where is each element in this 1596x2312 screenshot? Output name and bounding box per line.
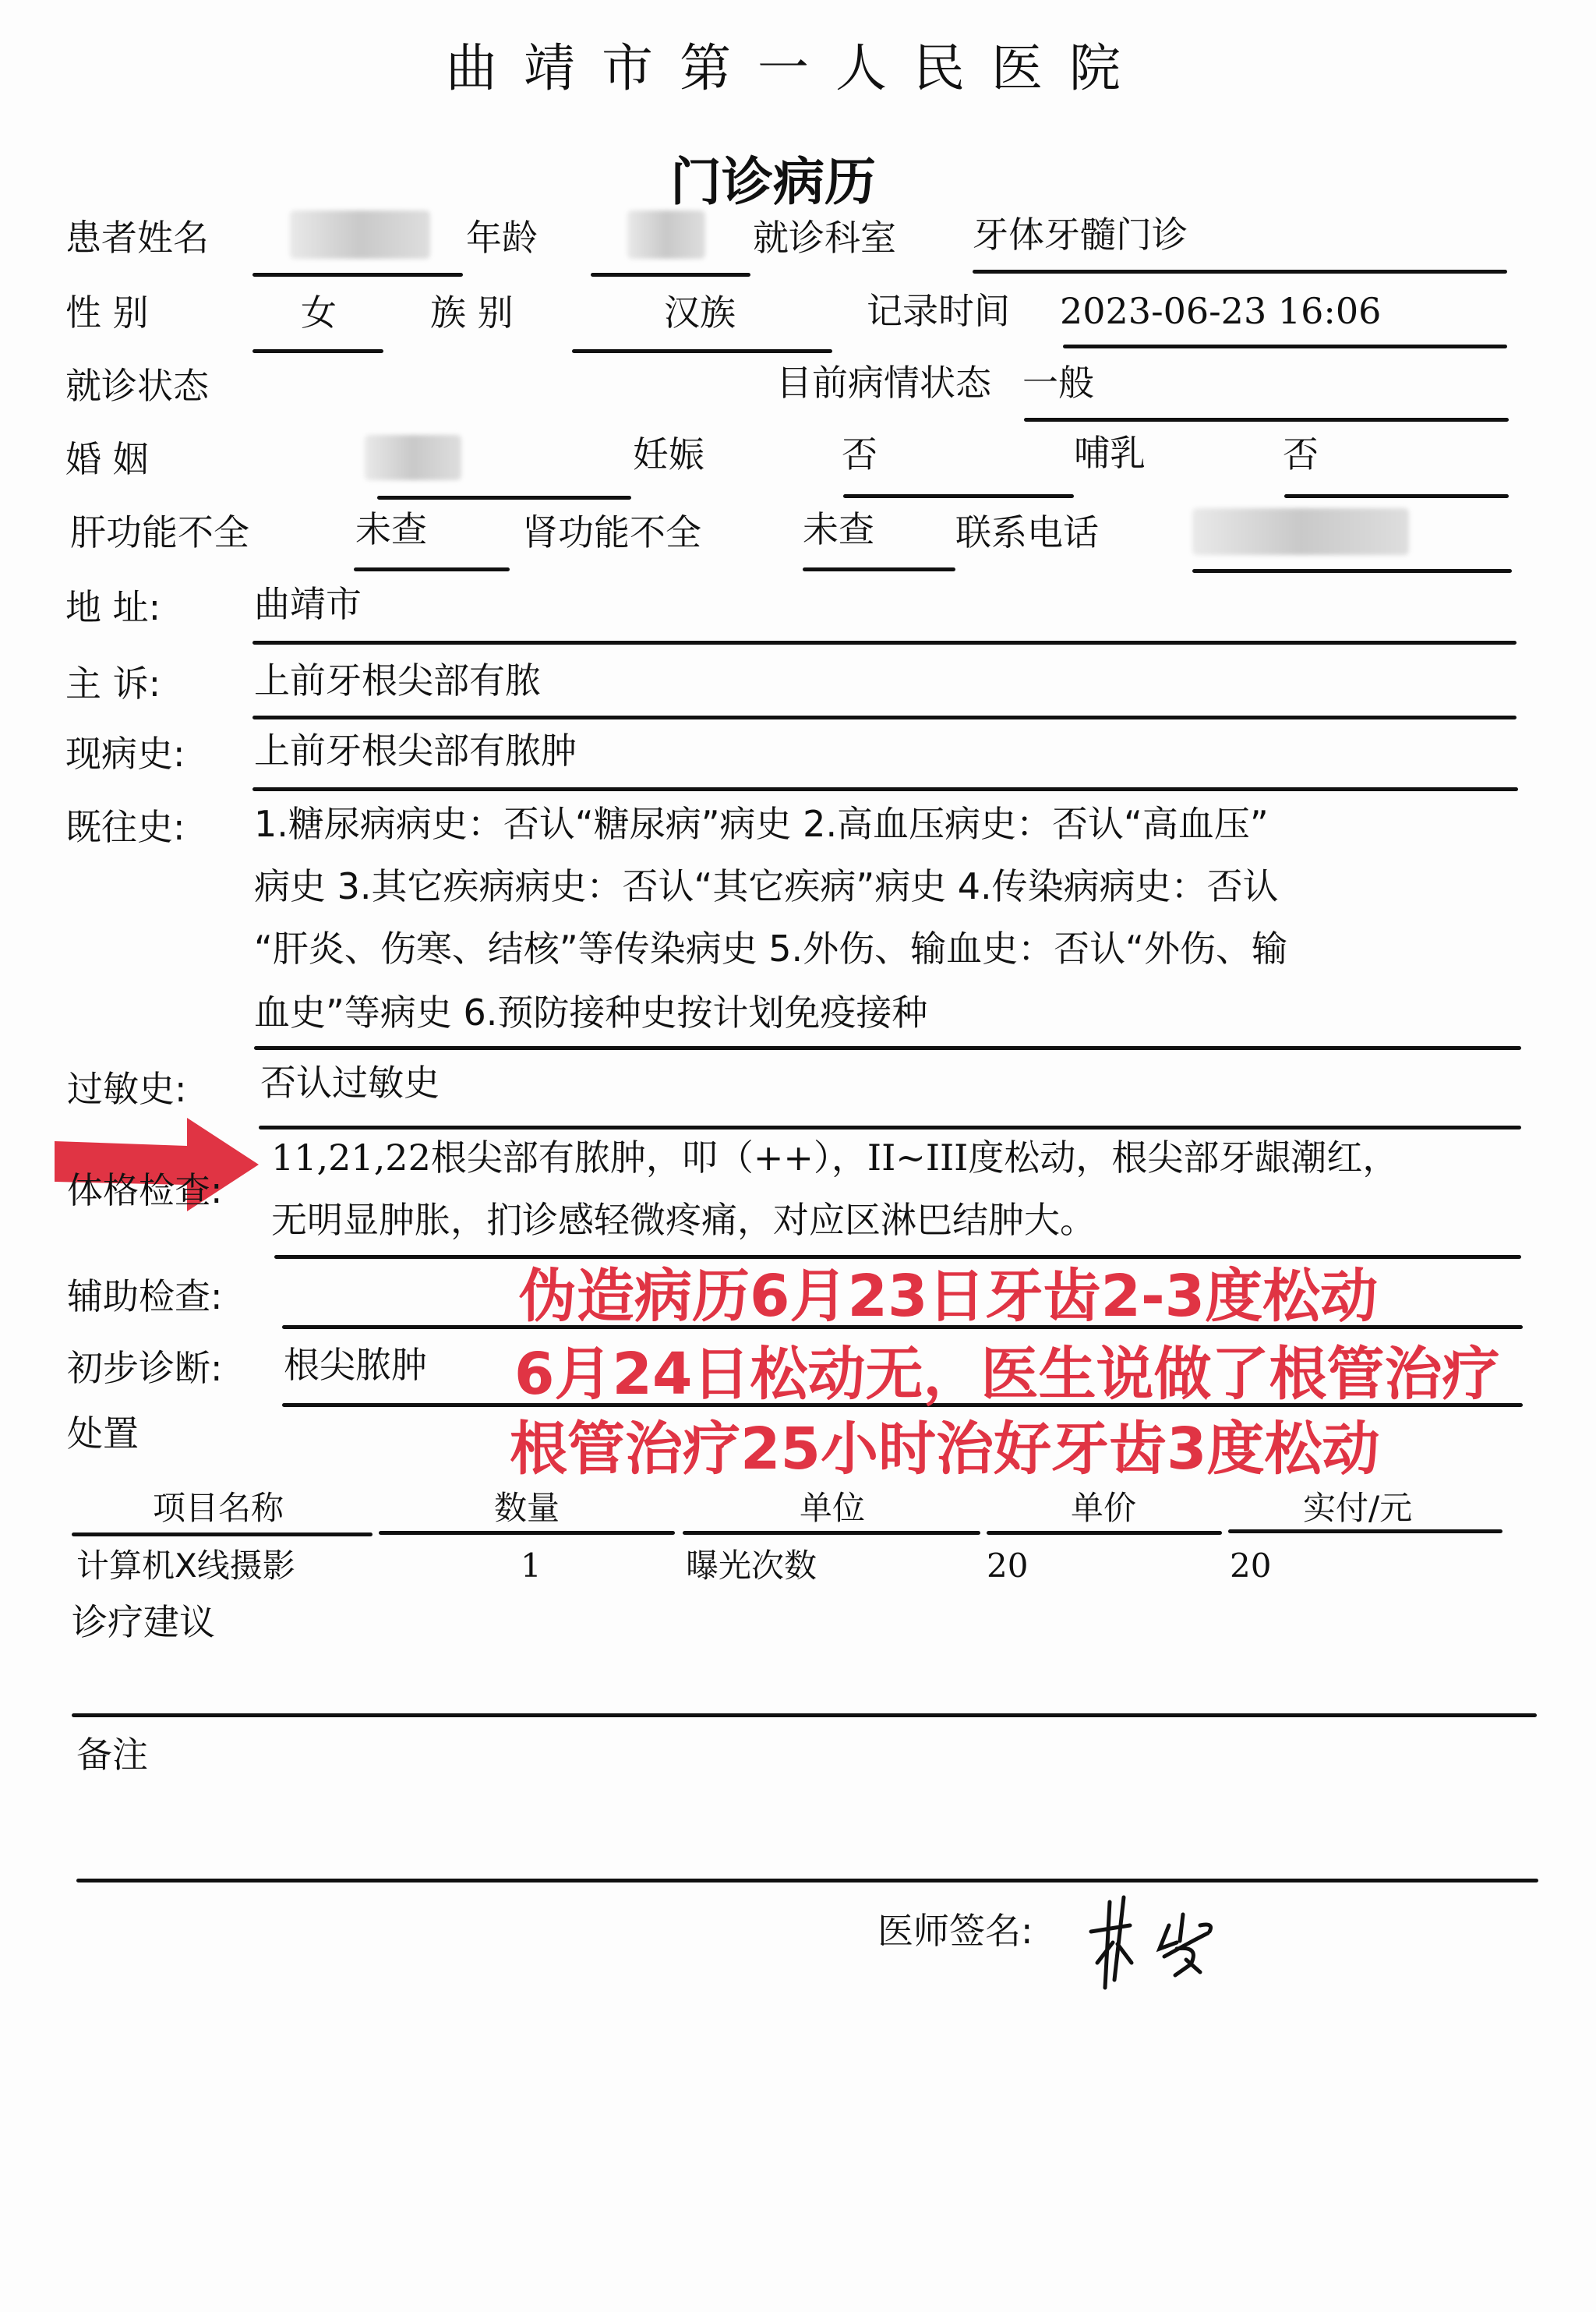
table-header-underline <box>379 1531 675 1535</box>
age-underline <box>591 273 750 277</box>
redacted-name <box>290 210 430 259</box>
marriage-underline <box>377 496 631 500</box>
allergy-label: 过敏史: <box>67 1071 187 1107</box>
doctor-signature <box>1083 1894 1231 1996</box>
table-header-item: 项目名称 <box>153 1492 284 1525</box>
marriage-label: 婚 姻 <box>65 441 149 477</box>
pregnancy-value: 否 <box>842 437 877 472</box>
physical-exam-underline <box>274 1255 1521 1259</box>
phone-label: 联系电话 <box>955 514 1099 550</box>
advice-underline <box>72 1713 1537 1717</box>
phone-underline <box>1192 569 1512 573</box>
annotation-line: 6月24日松动无，医生说做了根管治疗 <box>514 1345 1499 1403</box>
treatment-label: 处置 <box>67 1416 139 1451</box>
gender-underline <box>252 349 383 353</box>
patient-name-label: 患者姓名 <box>65 220 209 256</box>
present-illness-label: 现病史: <box>65 736 185 772</box>
past-history-line: 1.糖尿病病史：否认“糖尿病”病史 2.高血压病史：否认“高血压” <box>254 806 1269 842</box>
chief-complaint-value: 上前牙根尖部有脓 <box>254 663 541 698</box>
lactation-label: 哺乳 <box>1074 435 1146 471</box>
visit-status-label: 就诊状态 <box>65 368 209 404</box>
present-illness-value: 上前牙根尖部有脓肿 <box>254 733 577 769</box>
department-label: 就诊科室 <box>753 220 896 256</box>
advice-label: 诊疗建议 <box>72 1604 215 1640</box>
ethnicity-label: 族 别 <box>430 295 514 331</box>
diagnosis-label: 初步诊断: <box>67 1350 223 1386</box>
remarks-label: 备注 <box>76 1737 148 1773</box>
table-header-quantity: 数量 <box>494 1492 560 1525</box>
ethnicity-value: 汉族 <box>664 295 736 331</box>
past-history-line: “肝炎、伤寒、结核”等传染病史 5.外伤、输血史：否认“外伤、输 <box>254 931 1287 967</box>
record-title: 门诊病历 <box>670 140 876 214</box>
allergy-underline <box>259 1126 1521 1129</box>
condition-label: 目前病情状态 <box>776 365 991 401</box>
name-underline <box>252 273 463 277</box>
past-history-underline <box>254 1046 1521 1050</box>
physical-exam-label: 体格检查: <box>67 1172 223 1208</box>
condition-value: 一般 <box>1022 365 1094 401</box>
department-underline <box>973 270 1507 274</box>
table-cell-price: 20 <box>987 1550 1028 1582</box>
lactation-underline <box>1284 494 1509 498</box>
lactation-value: 否 <box>1283 437 1319 472</box>
physical-exam-line: 无明显肿胀，扪诊感轻微疼痛，对应区淋巴结肿大。 <box>271 1202 1096 1238</box>
address-underline <box>252 641 1517 645</box>
table-header-unit: 单位 <box>800 1492 865 1525</box>
pregnancy-underline <box>843 494 1074 498</box>
table-header-underline <box>683 1531 980 1535</box>
table-cell-item: 计算机X线摄影 <box>76 1550 295 1582</box>
auxiliary-exam-label: 辅助检查: <box>67 1278 223 1314</box>
past-history-line: 血史”等病史 6.预防接种史按计划免疫接种 <box>254 995 927 1031</box>
record-time-label: 记录时间 <box>867 293 1010 329</box>
kidney-function-label: 肾功能不全 <box>522 514 701 550</box>
record-time-value: 2023-06-23 16:06 <box>1060 293 1381 329</box>
gender-value: 女 <box>301 295 337 331</box>
record-time-underline <box>1063 345 1507 348</box>
table-header-underline <box>72 1532 373 1536</box>
department-value: 牙体牙髓门诊 <box>973 217 1188 253</box>
physical-exam-line: 11,21,22根尖部有脓肿，叩（++），II~III度松动，根尖部牙龈潮红， <box>271 1140 1398 1175</box>
liver-function-value: 未查 <box>355 511 427 547</box>
table-cell-unit: 曝光次数 <box>686 1550 817 1582</box>
table-cell-quantity: 1 <box>521 1550 542 1582</box>
table-header-paid: 实付/元 <box>1303 1492 1412 1525</box>
redacted-phone <box>1192 508 1409 555</box>
redacted-marriage <box>365 435 461 480</box>
present-illness-underline <box>252 787 1518 791</box>
table-header-underline <box>987 1531 1222 1535</box>
hospital-name: 曲靖市第一人民医院 <box>446 27 1147 101</box>
kidney-function-value: 未查 <box>803 511 874 547</box>
ethnicity-underline <box>572 349 832 353</box>
table-header-price: 单价 <box>1071 1492 1136 1525</box>
liver-underline <box>354 567 510 571</box>
table-header-underline <box>1228 1529 1502 1533</box>
allergy-value: 否认过敏史 <box>260 1065 440 1101</box>
chief-complaint-underline <box>252 716 1517 719</box>
liver-function-label: 肝功能不全 <box>70 514 249 550</box>
annotation-line: 根管治疗25小时治好牙齿3度松动 <box>510 1420 1379 1478</box>
pregnancy-label: 妊娠 <box>633 437 704 472</box>
table-cell-paid: 20 <box>1230 1550 1271 1582</box>
past-history-label: 既往史: <box>65 809 185 845</box>
signature-label: 医师签名: <box>877 1913 1033 1949</box>
age-label: 年龄 <box>466 220 538 256</box>
chief-complaint-label: 主 诉: <box>65 666 161 702</box>
past-history-line: 病史 3.其它疾病病史：否认“其它疾病”病史 4.传染病病史：否认 <box>254 868 1279 904</box>
remarks-underline <box>76 1879 1538 1882</box>
condition-underline <box>1024 418 1509 422</box>
diagnosis-value: 根尖脓肿 <box>284 1347 427 1383</box>
address-value: 曲靖市 <box>254 586 362 622</box>
kidney-underline <box>803 567 955 571</box>
annotation-line: 伪造病历6月23日牙齿2-3度松动 <box>519 1267 1378 1325</box>
address-label: 地 址: <box>65 589 161 625</box>
redacted-age <box>627 210 705 259</box>
gender-label: 性 别 <box>65 295 149 331</box>
